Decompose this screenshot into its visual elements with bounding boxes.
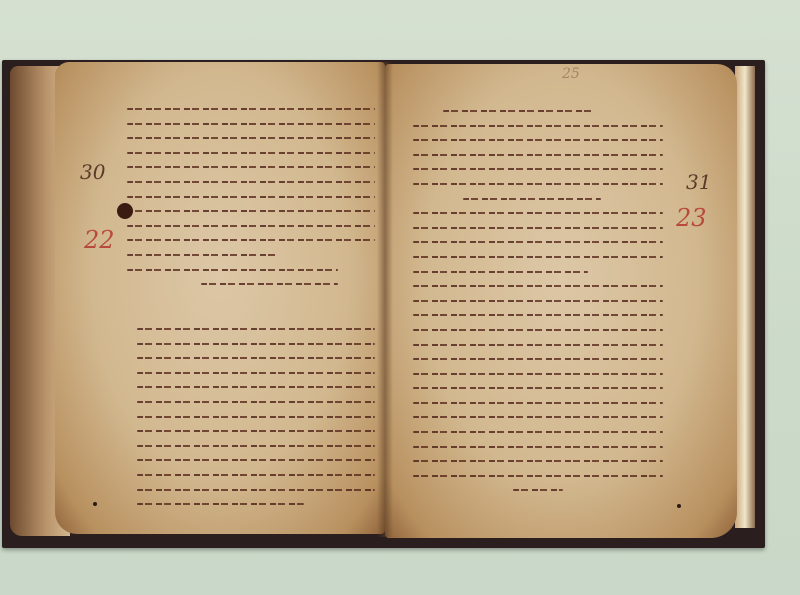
page-dot	[93, 502, 97, 506]
left-page	[55, 62, 385, 534]
folio-number-left-red: 22	[84, 226, 115, 254]
book-gutter	[377, 62, 393, 537]
book-right-edge	[735, 66, 755, 528]
right-page-text-block	[413, 110, 663, 504]
page-hole	[117, 203, 133, 219]
folio-number-left-ink: 30	[80, 160, 105, 184]
left-page-text-block-top	[127, 108, 375, 298]
folio-number-top-faint: 25	[562, 66, 580, 82]
left-page-text-block-bottom	[137, 328, 375, 518]
folio-number-right-red: 23	[676, 204, 707, 232]
page-dot	[677, 504, 681, 508]
folio-number-right-ink: 31	[686, 170, 711, 194]
right-page	[385, 64, 737, 538]
